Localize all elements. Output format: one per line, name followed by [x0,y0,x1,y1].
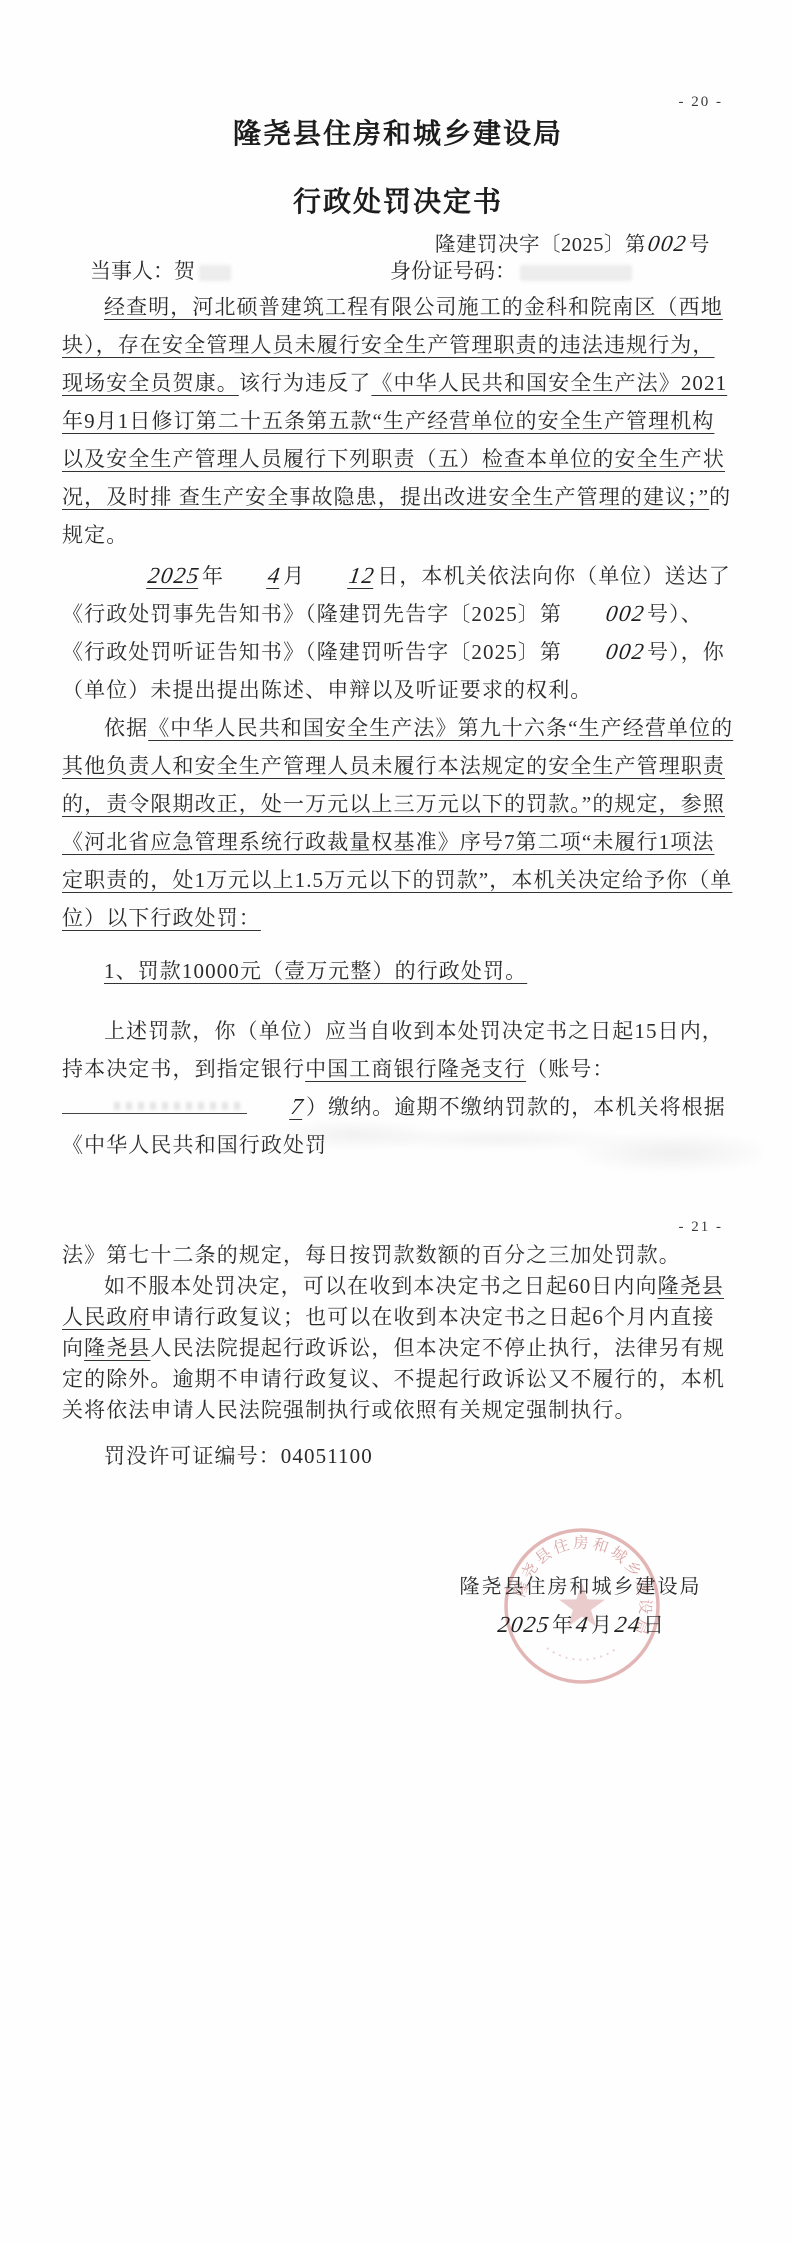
page-number-20: - 20 - [679,94,724,111]
signing-date: 2025年4月24日 [438,1609,723,1639]
party-name-group: 当事人：贺 [90,255,231,285]
text-segment: 月 [591,1613,613,1637]
handwritten-text: 24 [611,1613,644,1636]
text-segment: 该行为违反了 [239,371,372,395]
page1-body: 经查明，河北硕普建筑工程有限公司施工的金科和院南区（西地块），存在安全管理人员未… [62,288,736,1164]
signature-block: 隆尧县住房和城乡建设局 2025年4月24日 [438,1570,723,1639]
agency-title: 隆尧县住房和城乡建设局 [62,112,734,152]
text-segment: 罚没许可证编号：04051100 [104,1444,373,1468]
notice-paragraph: 2025年4月12日，本机关依法向你（单位）送达了《行政处罚事先告知书》（隆建罚… [62,557,736,709]
handwritten-text: 4 [572,1613,592,1636]
text-segment: 年 [552,1613,574,1637]
text-segment: 人民法院提起行政诉讼，但本决定不停止执行，法律另有规定的除外。逾期不申请行政复议… [62,1336,725,1422]
text-segment: 日 [643,1613,665,1637]
underlined-text: 中国工商银行隆尧支行 [305,1057,526,1081]
text-segment: 月 [283,564,305,588]
id-label: 身份证号码： [390,259,516,283]
scan-smudge [180,1085,760,1175]
text-segment: （账号： [526,1057,614,1081]
license-number-line: 罚没许可证编号：04051100 [62,1441,736,1472]
document-page: - 20 - 隆尧县住房和城乡建设局 行政处罚决定书 隆建罚决字〔2025〕第0… [0,0,793,2242]
handwritten-text: 4 [222,564,284,587]
text-segment: 法》第七十二条的规定，每日按罚款数额的百分之三加处罚款。 [62,1243,681,1267]
party-id-group: 身份证号码： [390,255,632,285]
appeal-paragraph: 如不服本处罚决定，可以在收到本决定书之日起60日内向隆尧县人民政府申请行政复议；… [62,1271,736,1426]
party-label: 当事人： [90,259,174,283]
legal-basis-paragraph: 依据《中华人民共和国安全生产法》第九十六条“生产经营单位的其他负责人和安全生产管… [62,709,736,937]
party-name: 贺 [174,259,195,283]
surcharge-paragraph: 法》第七十二条的规定，每日按罚款数额的百分之三加处罚款。 [62,1240,736,1271]
party-line: 当事人：贺 身份证号码： [62,255,734,285]
penalty-item: 1、罚款10000元（壹万元整）的行政处罚。 [62,952,736,990]
underlined-text: 隆尧县 [84,1336,150,1360]
text-segment: 如不服本处罚决定，可以在收到本决定书之日起60日内向 [104,1274,658,1298]
text-segment: 年 [202,564,224,588]
findings-paragraph: 经查明，河北硕普建筑工程有限公司施工的金科和院南区（西地块），存在安全管理人员未… [62,288,736,554]
page-number-21: - 21 - [679,1219,724,1236]
handwritten-text: 002 [644,232,690,255]
text-segment: 隆建罚决字〔2025〕第 [435,234,646,256]
underlined-text: 1、罚款10000元（壹万元整）的行政处罚。 [104,959,527,983]
signing-agency: 隆尧县住房和城乡建设局 [438,1570,723,1599]
handwritten-text: 002 [560,640,648,663]
id-number-redaction [520,265,632,281]
document-number: 隆建罚决字〔2025〕第002号 [62,227,710,257]
text-segment: 号 [689,234,710,256]
text-segment: 依据 [104,716,148,740]
underlined-text: 《中华人民共和国安全生产法》第九十六条“生产经营单位的其他负责人和安全生产管理人… [62,716,733,930]
document-title: 行政处罚决定书 [62,180,734,220]
page2-body: 法》第七十二条的规定，每日按罚款数额的百分之三加处罚款。如不服本处罚决定，可以在… [62,1240,736,1472]
party-name-redaction [199,265,231,281]
handwritten-text: 2025 [102,564,203,587]
handwritten-text: 2025 [494,1613,553,1636]
handwritten-text: 12 [304,564,379,587]
handwritten-text: 002 [560,602,648,625]
